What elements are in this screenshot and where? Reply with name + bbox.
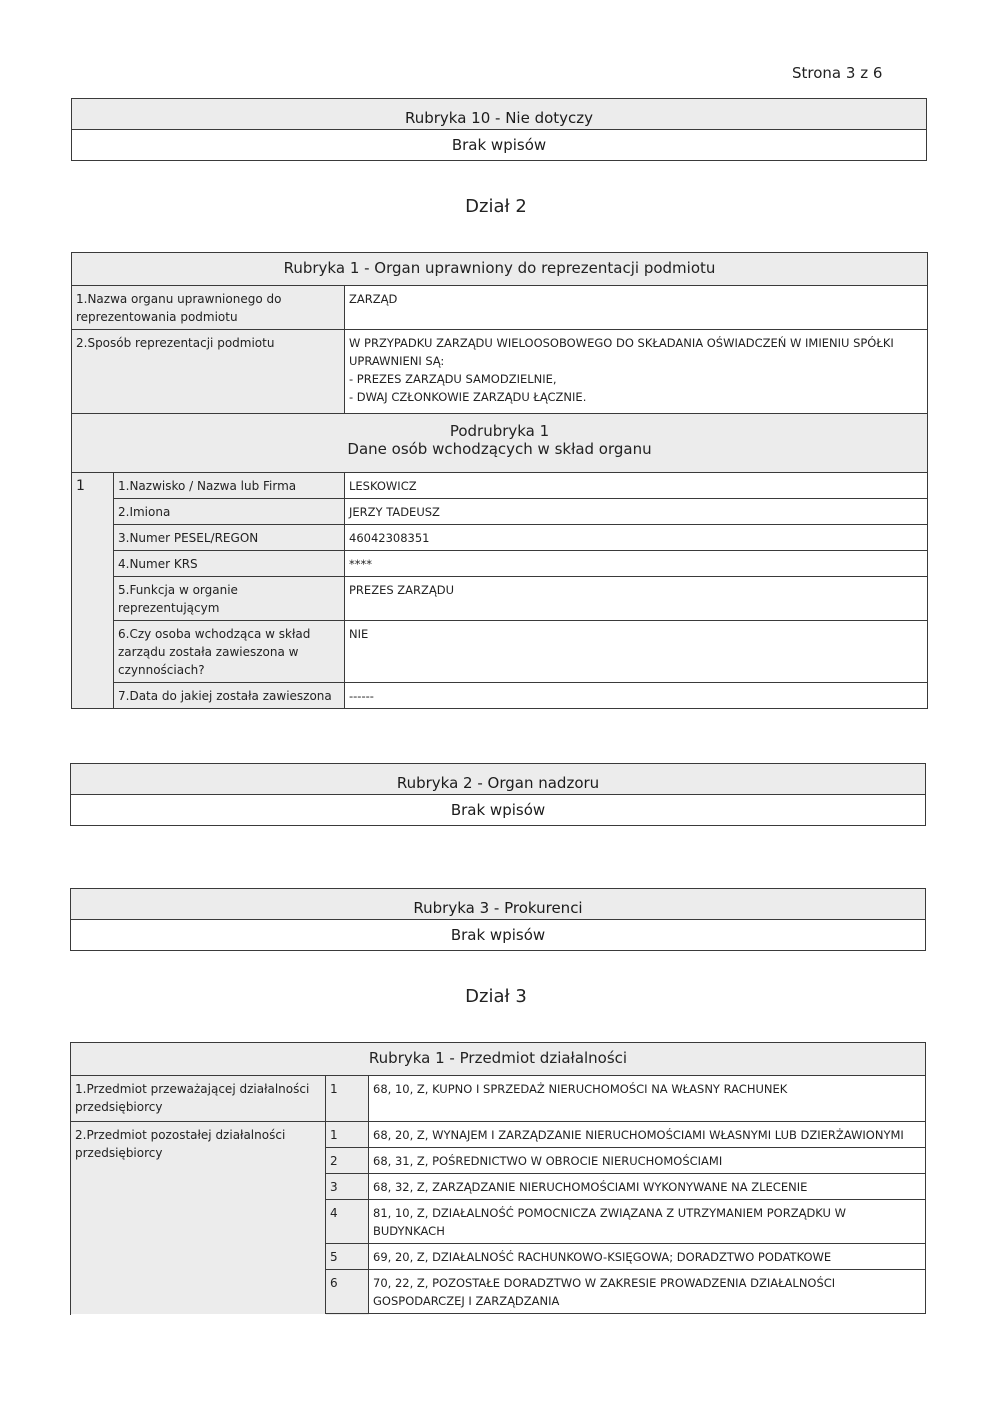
table-continuation-edge bbox=[369, 1314, 926, 1315]
rubryka-3-body: Brak wpisów bbox=[71, 920, 925, 950]
pozostala-no-1: 1 bbox=[326, 1122, 369, 1148]
przedmiot-title: Rubryka 1 - Przedmiot działalności bbox=[71, 1043, 926, 1076]
pozostala-text-4: 81, 10, Z, DZIAŁALNOŚĆ POMOCNICZA ZWIĄZA… bbox=[369, 1200, 926, 1244]
pozostala-text-3: 68, 32, Z, ZARZĄDZANIE NIERUCHOMOŚCIAMI … bbox=[369, 1174, 926, 1200]
field-label-suspended-until: 7.Data do jakiej została zawieszona bbox=[114, 683, 345, 709]
pozostala-continuation bbox=[326, 1314, 369, 1315]
field-label-suspended: 6.Czy osoba wchodząca w skład zarządu zo… bbox=[114, 621, 345, 683]
field-value-function: PREZES ZARZĄDU bbox=[345, 577, 928, 621]
przewazajaca-text: 68, 10, Z, KUPNO I SPRZEDAŻ NIERUCHOMOŚC… bbox=[369, 1076, 926, 1122]
rubryka-10-box: Rubryka 10 - Nie dotyczy Brak wpisów bbox=[71, 98, 927, 161]
field-value-pesel: 46042308351 bbox=[345, 525, 928, 551]
field-label-surname: 1.Nazwisko / Nazwa lub Firma bbox=[114, 473, 345, 499]
organ-name-label: 1.Nazwa organu uprawnionego do reprezent… bbox=[72, 286, 345, 330]
dzial-3-heading: Dział 3 bbox=[0, 986, 992, 1007]
pozostala-label: 2.Przedmiot pozostałej działalności prze… bbox=[71, 1122, 326, 1315]
rubryka-2-body: Brak wpisów bbox=[71, 795, 925, 825]
field-label-krs: 4.Numer KRS bbox=[114, 551, 345, 577]
dzial-2-heading: Dział 2 bbox=[0, 196, 992, 217]
dzial-3-rubryka-1-table: Rubryka 1 - Przedmiot działalności 1.Prz… bbox=[70, 1042, 926, 1314]
field-value-krs: **** bbox=[345, 551, 928, 577]
pozostala-no-6: 6 bbox=[326, 1270, 369, 1314]
rubryka-3-title: Rubryka 3 - Prokurenci bbox=[71, 889, 925, 920]
pozostala-no-4: 4 bbox=[326, 1200, 369, 1244]
representation-line-2: - PREZES ZARZĄDU SAMODZIELNIE, bbox=[349, 370, 923, 388]
rubryka-1-title: Rubryka 1 - Organ uprawniony do reprezen… bbox=[72, 253, 928, 286]
representation-value: W PRZYPADKU ZARZĄDU WIELOOSOBOWEGO DO SK… bbox=[345, 330, 928, 414]
field-label-names: 2.Imiona bbox=[114, 499, 345, 525]
pozostala-no-3: 3 bbox=[326, 1174, 369, 1200]
rubryka-10-title: Rubryka 10 - Nie dotyczy bbox=[72, 99, 926, 130]
przewazajaca-no: 1 bbox=[326, 1076, 369, 1122]
pozostala-text-5: 69, 20, Z, DZIAŁALNOŚĆ RACHUNKOWO-KSIĘGO… bbox=[369, 1244, 926, 1270]
field-value-suspended: NIE bbox=[345, 621, 928, 683]
representation-line-1: W PRZYPADKU ZARZĄDU WIELOOSOBOWEGO DO SK… bbox=[349, 334, 923, 370]
field-label-function: 5.Funkcja w organie reprezentującym bbox=[114, 577, 345, 621]
pozostala-no-5: 5 bbox=[326, 1244, 369, 1270]
person-index: 1 bbox=[72, 473, 114, 709]
przewazajaca-label: 1.Przedmiot przeważającej działalności p… bbox=[71, 1076, 326, 1122]
field-value-surname: LESKOWICZ bbox=[345, 473, 928, 499]
podrubryka-1-title: Podrubryka 1 bbox=[76, 422, 923, 440]
rubryka-2-box: Rubryka 2 - Organ nadzoru Brak wpisów bbox=[70, 763, 926, 826]
representation-label: 2.Sposób reprezentacji podmiotu bbox=[72, 330, 345, 414]
podrubryka-1-heading: Podrubryka 1 Dane osób wchodzących w skł… bbox=[72, 414, 928, 473]
rubryka-2-title: Rubryka 2 - Organ nadzoru bbox=[71, 764, 925, 795]
pozostala-text-1: 68, 20, Z, WYNAJEM I ZARZĄDZANIE NIERUCH… bbox=[369, 1122, 926, 1148]
podrubryka-1-subtitle: Dane osób wchodzących w skład organu bbox=[76, 440, 923, 458]
page-number: Strona 3 z 6 bbox=[792, 64, 882, 82]
pozostala-no-2: 2 bbox=[326, 1148, 369, 1174]
representation-line-3: - DWAJ CZŁONKOWIE ZARZĄDU ŁĄCZNIE. bbox=[349, 388, 923, 406]
organ-name-value: ZARZĄD bbox=[345, 286, 928, 330]
rubryka-10-body: Brak wpisów bbox=[72, 130, 926, 160]
pozostala-text-6: 70, 22, Z, POZOSTAŁE DORADZTWO W ZAKRESI… bbox=[369, 1270, 926, 1314]
field-value-suspended-until: ------ bbox=[345, 683, 928, 709]
field-label-pesel: 3.Numer PESEL/REGON bbox=[114, 525, 345, 551]
pozostala-text-2: 68, 31, Z, POŚREDNICTWO W OBROCIE NIERUC… bbox=[369, 1148, 926, 1174]
dzial-2-rubryka-1-table: Rubryka 1 - Organ uprawniony do reprezen… bbox=[71, 252, 928, 709]
field-value-names: JERZY TADEUSZ bbox=[345, 499, 928, 525]
rubryka-3-box: Rubryka 3 - Prokurenci Brak wpisów bbox=[70, 888, 926, 951]
